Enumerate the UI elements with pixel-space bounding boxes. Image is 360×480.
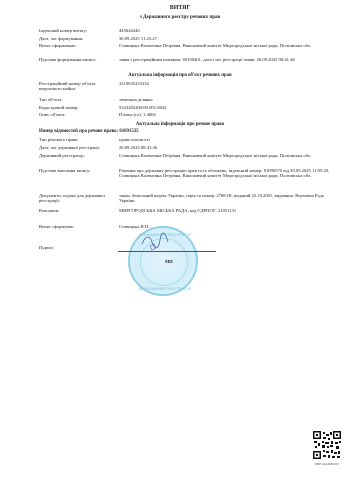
field-label: Власники: (39, 208, 117, 213)
right-record-number: Номер відомостей про речове право: 61691… (39, 129, 139, 134)
field-label: Кадастровий номер: (39, 105, 117, 110)
field-value: Ставицька В.П. (119, 224, 333, 229)
field-value: 445644446 (119, 28, 333, 33)
field-value: 26.09.2025 08:41:46 (119, 145, 333, 150)
field-value: закон, Земельний кодекс України, серія т… (119, 193, 333, 204)
stamp-mark: МП (165, 259, 173, 264)
document-title: ВИТЯГ (0, 5, 360, 11)
field-label: Індексний номер витягу: (39, 28, 117, 33)
field-label: Документи, подані для державної реєстрац… (39, 193, 117, 204)
qr-code-icon (313, 431, 341, 459)
field-value: земельна ділянка (119, 97, 333, 102)
field-value: Рішення про державну реєстрацію прав та … (119, 168, 333, 179)
field-value: Ставицька Валентина Петрівна, Виконавчий… (119, 43, 333, 48)
field-label: Дата, час формування: (39, 36, 117, 41)
field-label: Витяг сформовано: (39, 43, 117, 48)
field-label: Реєстраційний номер об'єкта нерухомого м… (39, 81, 117, 92)
object-section-title: Актуальна інформація про об'єкт речових … (0, 73, 360, 78)
extract-document: ВИТЯГ з Державного реєстру речових прав … (0, 0, 360, 480)
field-label: Підпис: (39, 245, 117, 250)
right-section-title: Актуальна інформація про речове право (0, 122, 360, 127)
field-label: Опис об'єкта: (39, 112, 117, 117)
stamp-text-bottom: ДЕРЖАВНИЙ РЕЄСТРАТОР (130, 286, 200, 291)
field-value: 30.09.2025 11:25:27 (119, 36, 333, 41)
field-value: заява з реєстраційним номером: 69100401,… (119, 57, 333, 62)
field-label: Державний реєстратор: (39, 153, 117, 158)
qr-code-label: RRP-4HL6R0O2Y (309, 462, 345, 466)
field-value: Площа (га): 1.4004 (119, 112, 333, 117)
field-label: Тип об'єкта: (39, 97, 117, 102)
field-value: 3210635253232 (119, 81, 333, 86)
field-value: Ставицька Валентина Петрівна, Виконавчий… (119, 153, 333, 158)
document-subtitle: з Державного реєстру речових прав (0, 15, 360, 20)
field-label: Витяг сформував: (39, 224, 117, 229)
signature-line (118, 251, 216, 252)
field-label: Підстава внесення запису: (39, 168, 117, 173)
field-value: МИРГОРОДСЬКА МІСЬКА РАДА, код ЄДРПОУ: 21… (119, 208, 333, 213)
field-label: Підстава формування витягу: (39, 57, 117, 62)
field-label: Дата, час державної реєстрації: (39, 145, 117, 150)
field-value: 5323282200:00:001:0032 (119, 105, 333, 110)
field-label: Тип речового права: (39, 137, 117, 142)
field-value: право власності (119, 137, 333, 142)
